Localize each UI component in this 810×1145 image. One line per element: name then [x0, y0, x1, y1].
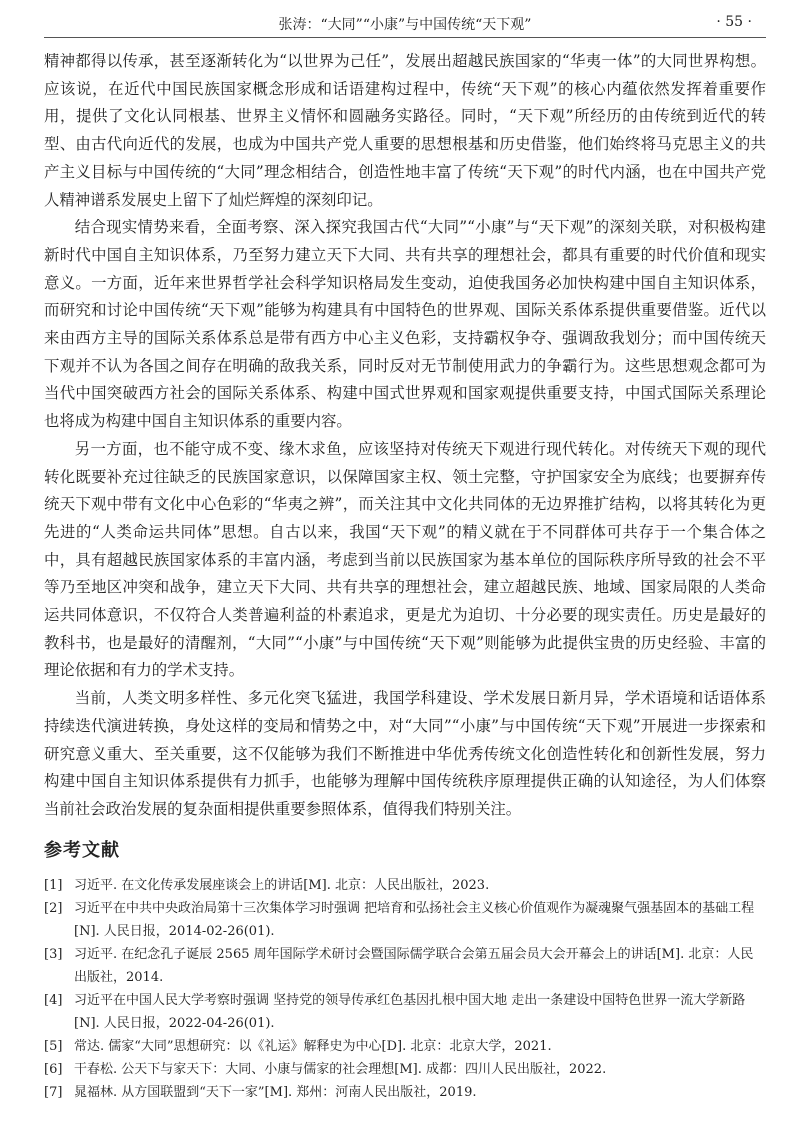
reference-item: [1] 习近平. 在文化传承发展座谈会上的讲话[M]. 北京：人民出版社，202… — [44, 874, 766, 897]
reference-text: 干春松. 公天下与家天下：大同、小康与儒家的社会理想[M]. 成都：四川人民出版… — [74, 1058, 766, 1081]
running-header: 张涛：“大同”“小康”与中国传统“天下观” · 55 · — [44, 8, 766, 38]
reference-item: [2] 习近平在中共中央政治局第十三次集体学习时强调 把培育和弘扬社会主义核心价… — [44, 897, 766, 943]
reference-number: [5] — [44, 1035, 74, 1058]
reference-number: [7] — [44, 1081, 74, 1104]
article-body: 精神都得以传承，甚至逐渐转化为“以世界为己任”，发展出超越民族国家的“华夷一体”… — [44, 48, 766, 824]
reference-number: [6] — [44, 1058, 74, 1081]
reference-text: 习近平. 在纪念孔子诞辰 2565 周年国际学术研讨会暨国际儒学联合会第五届会员… — [74, 943, 766, 989]
reference-item: [3] 习近平. 在纪念孔子诞辰 2565 周年国际学术研讨会暨国际儒学联合会第… — [44, 943, 766, 989]
reference-number: [1] — [44, 874, 74, 897]
reference-text: 习近平. 在文化传承发展座谈会上的讲话[M]. 北京：人民出版社，2023. — [74, 874, 766, 897]
paragraph: 另一方面，也不能守成不变、缘木求鱼，应该坚持对传统天下观进行现代转化。对传统天下… — [44, 436, 766, 685]
references-heading: 参考文献 — [44, 836, 120, 862]
reference-item: [7] 晁福林. 从方国联盟到“天下一家”[M]. 郑州：河南人民出版社，201… — [44, 1081, 766, 1104]
reference-number: [3] — [44, 943, 74, 989]
paragraph: 精神都得以传承，甚至逐渐转化为“以世界为己任”，发展出超越民族国家的“华夷一体”… — [44, 48, 766, 214]
reference-text: 习近平在中共中央政治局第十三次集体学习时强调 把培育和弘扬社会主义核心价值观作为… — [74, 897, 766, 943]
reference-number: [2] — [44, 897, 74, 943]
reference-number: [4] — [44, 989, 74, 1035]
references-list: [1] 习近平. 在文化传承发展座谈会上的讲话[M]. 北京：人民出版社，202… — [44, 874, 766, 1104]
reference-text: 习近平在中国人民大学考察时强调 坚持党的领导传承红色基因扎根中国大地 走出一条建… — [74, 989, 766, 1035]
reference-item: [4] 习近平在中国人民大学考察时强调 坚持党的领导传承红色基因扎根中国大地 走… — [44, 989, 766, 1035]
running-title: 张涛：“大同”“小康”与中国传统“天下观” — [44, 14, 766, 34]
paragraph: 结合现实情势来看，全面考察、深入探究我国古代“大同”“小康”与“天下观”的深刻关… — [44, 214, 766, 436]
paragraph: 当前，人类文明多样性、多元化突飞猛进，我国学科建设、学术发展日新月异，学术语境和… — [44, 685, 766, 824]
page-number: · 55 · — [716, 14, 752, 30]
reference-text: 常达. 儒家“大同”思想研究：以《礼运》解释史为中心[D]. 北京：北京大学，2… — [74, 1035, 766, 1058]
reference-item: [6] 干春松. 公天下与家天下：大同、小康与儒家的社会理想[M]. 成都：四川… — [44, 1058, 766, 1081]
reference-text: 晁福林. 从方国联盟到“天下一家”[M]. 郑州：河南人民出版社，2019. — [74, 1081, 766, 1104]
reference-item: [5] 常达. 儒家“大同”思想研究：以《礼运》解释史为中心[D]. 北京：北京… — [44, 1035, 766, 1058]
